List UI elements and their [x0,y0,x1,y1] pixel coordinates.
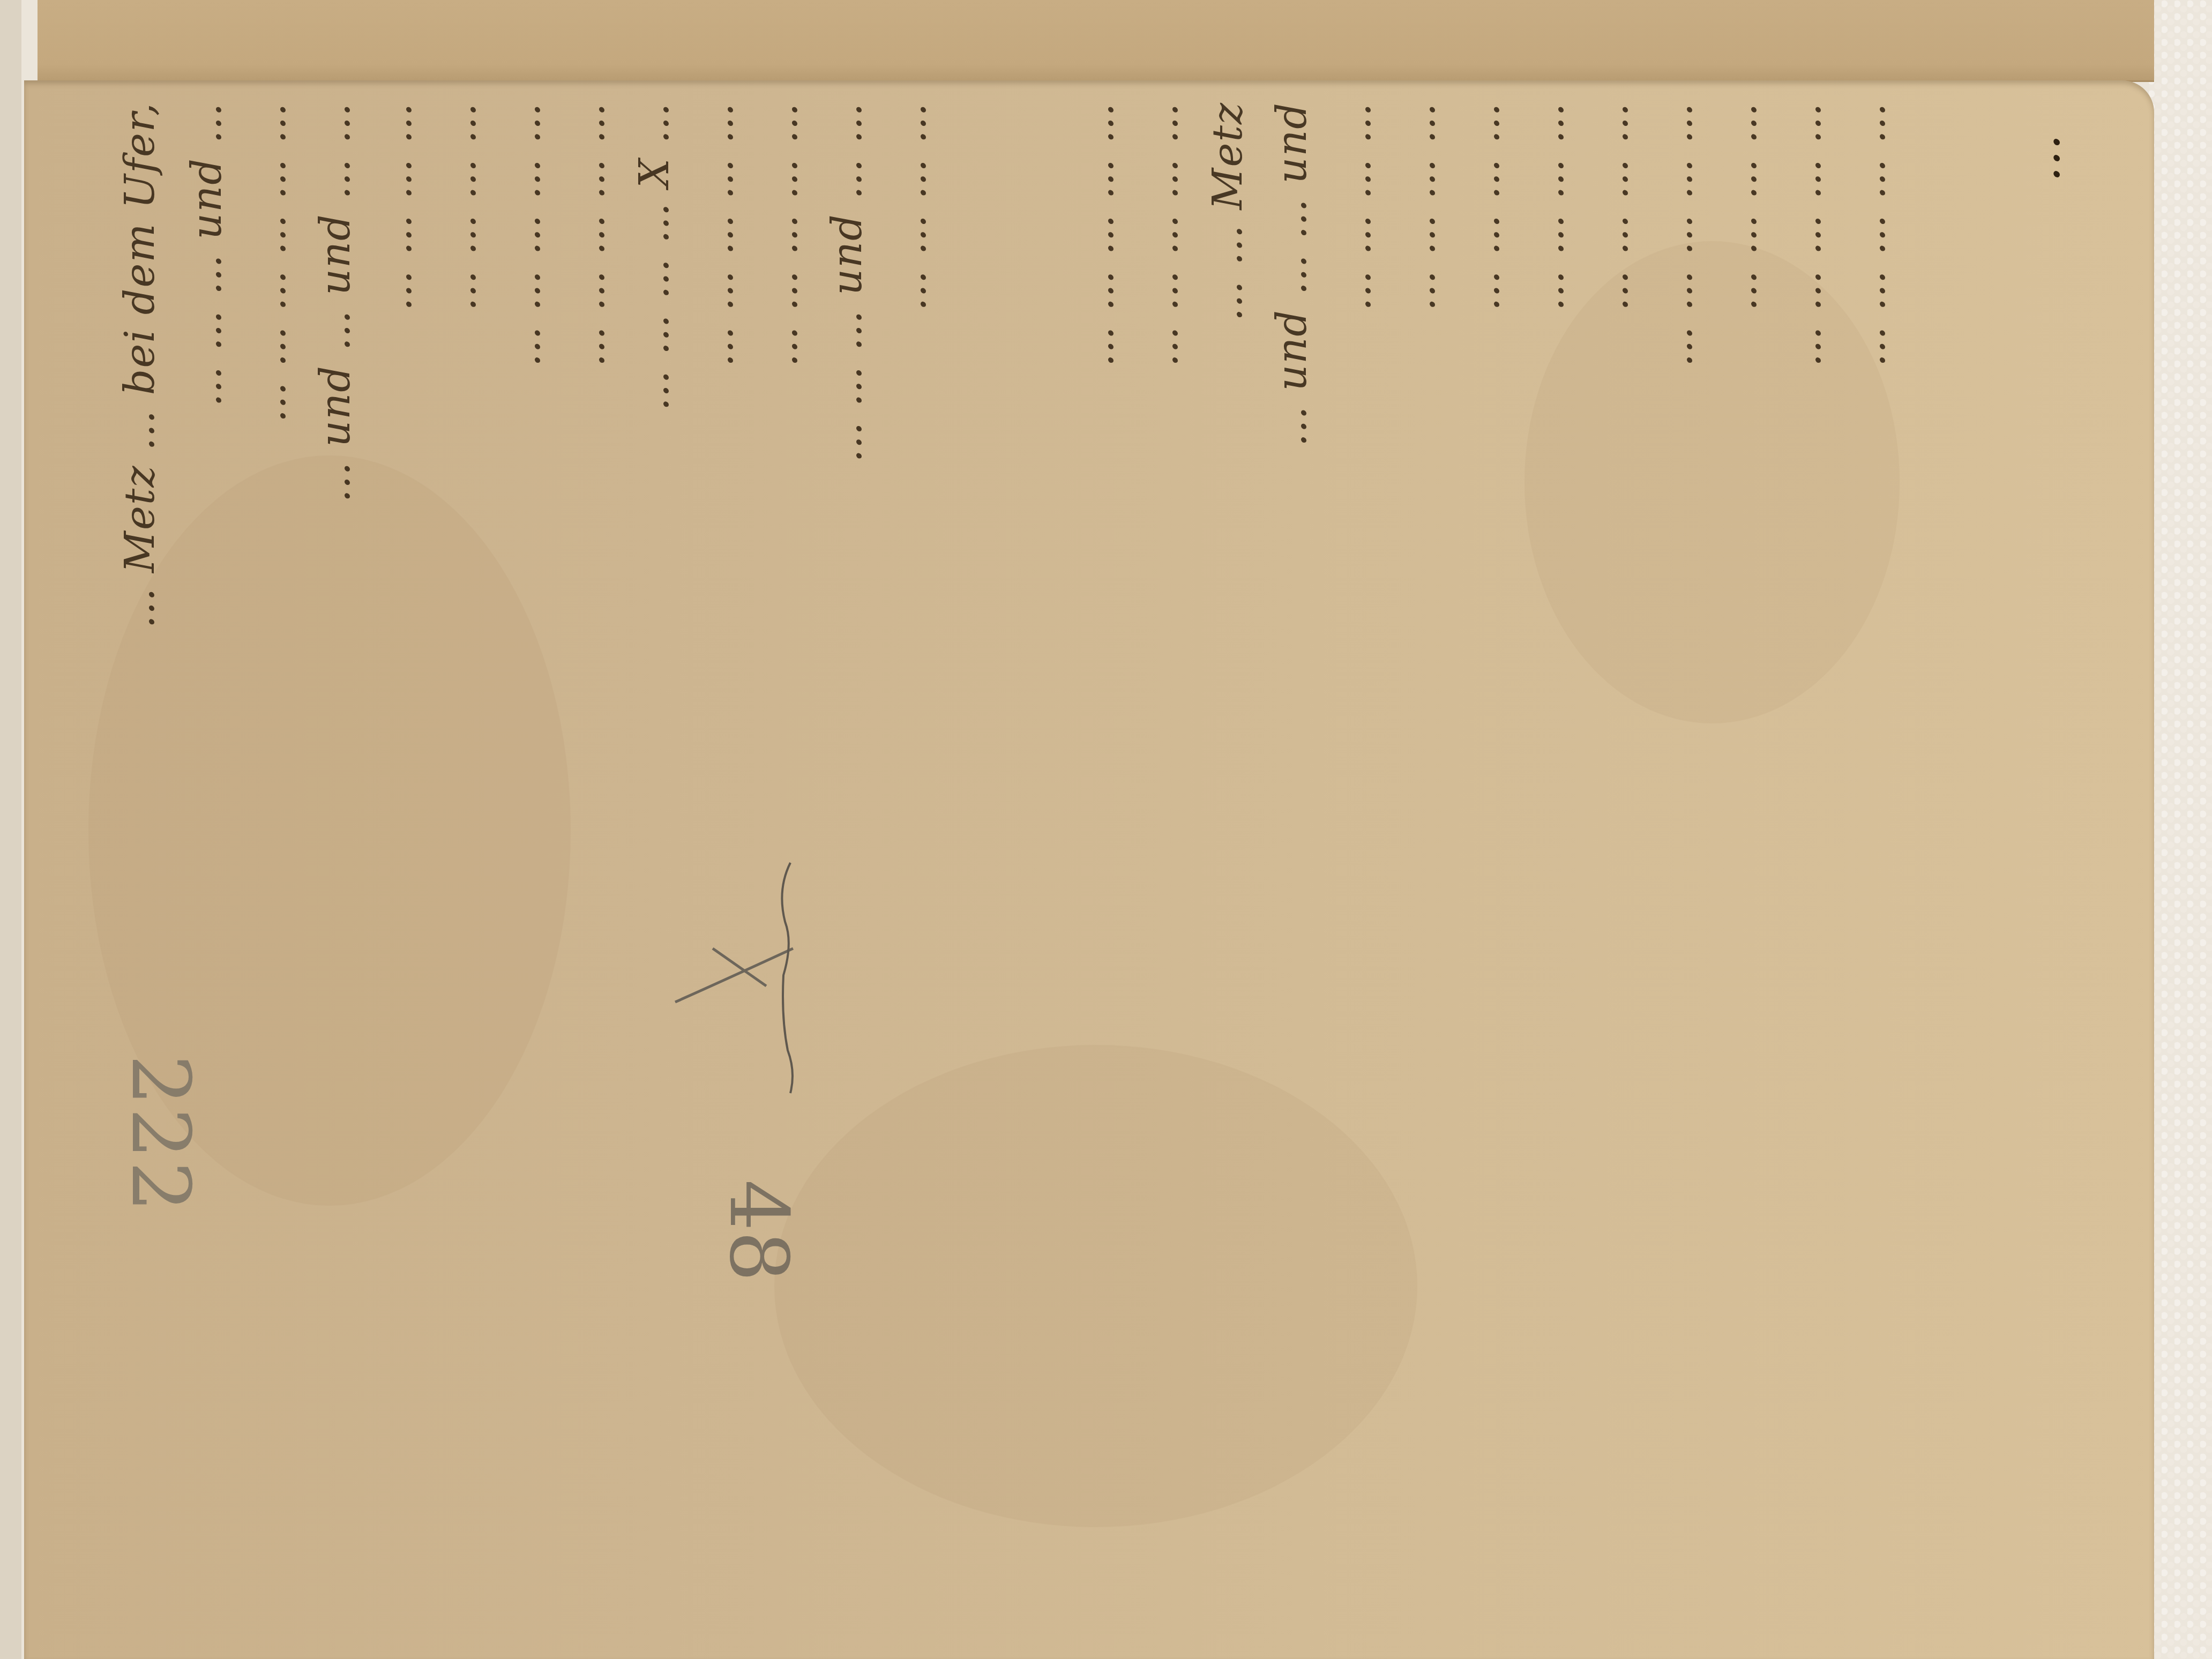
manuscript-line: … … … … [364,102,429,986]
manuscript-line: … … … … … [1838,102,1902,986]
manuscript-line: … … … … … [1066,102,1131,986]
manuscript-line: … … … … [1581,102,1645,986]
manuscript-line: … … … … [1516,102,1581,986]
manuscript-text: … Metz … bei dem Ufer, … … … und … … … …… [107,102,2015,1013]
pencil-folio-number: 48 [712,1180,805,1282]
manuscript-line: … … … … … [1645,102,1709,986]
background-left-edge [0,0,21,1659]
underlying-page-edge [38,0,2154,82]
manuscript-line: … … … … … … [238,102,303,986]
manuscript-line: … … … und … … [814,102,879,986]
photo-scene: 222 48 … Metz … bei dem Ufer, … … … und … [0,0,2212,1659]
manuscript-line: … Metz … bei dem Ufer, [107,102,171,986]
manuscript-line: … … … … … [686,102,750,986]
manuscript-line: … … … … … [1774,102,1838,986]
manuscript-line: … … … … … [1131,102,1195,986]
closing-word: … [2015,134,2071,182]
paper-stain [774,1045,1417,1527]
manuscript-line: … … … … [1709,102,1774,986]
manuscript-line: … … … … [1452,102,1516,986]
manuscript-line: … … Metz [1195,102,1259,986]
manuscript-line: … … … … [1324,102,1388,986]
pencil-page-number: 222 [114,1055,207,1214]
manuscript-line: … … … … [879,102,943,986]
manuscript-line: … … … … [1388,102,1452,986]
manuscript-line: … … … … X … [622,102,686,986]
manuscript-line: … … … … … [750,102,814,986]
manuscript-line: … … … und … [174,102,238,986]
manuscript-line: … … … … … [493,102,557,986]
background-cloth [2149,0,2212,1659]
manuscript-line: … und … und … … [303,102,367,986]
manuscript-line: … … … … [429,102,493,986]
manuscript-line: … und … … und [1259,102,1324,986]
manuscript-line: … … … … … [557,102,622,986]
